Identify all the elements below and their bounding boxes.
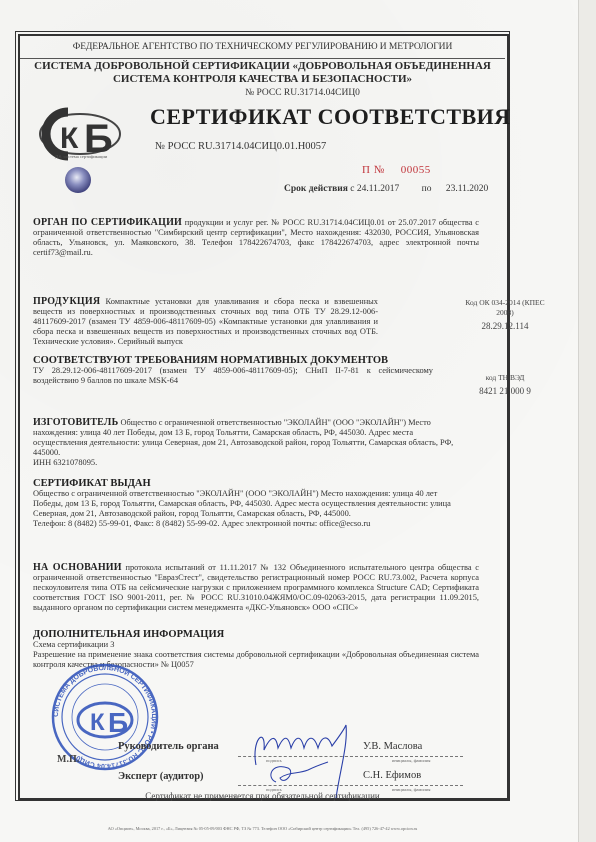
certificate-number: № РОСС RU.31714.04СИЦ0.01.Н0057 (155, 141, 326, 152)
okpd-code: 28.29.12.114 (465, 321, 545, 331)
expert-label: Эксперт (аудитор) (118, 771, 204, 782)
globe-emblem-icon (65, 167, 91, 193)
basis-section: НА ОСНОВАНИИ протокола испытаний от 11.1… (33, 563, 479, 613)
valid-from: с 24.11.2017 (350, 184, 399, 194)
blank-number: П №00055 (362, 164, 431, 176)
certification-scheme: Схема сертификации 3 (33, 640, 479, 650)
product-section: ПРОДУКЦИЯ Компактные установки для улавл… (33, 297, 378, 347)
norms-text: ТУ 28.29.12-006-48117609-2017 (взамен ТУ… (33, 366, 433, 385)
validity-period: Срок действия с 24.11.2017 по 23.11.2020 (284, 184, 488, 194)
system-title: СИСТЕМА ДОБРОВОЛЬНОЙ СЕРТИФИКАЦИИ «ДОБРО… (20, 60, 505, 86)
issued-section: СЕРТИФИКАТ ВЫДАН Общество с ограниченной… (33, 479, 463, 529)
system-title-line2: СИСТЕМА КОНТРОЛЯ КАЧЕСТВА И БЕЗОПАСНОСТИ… (20, 73, 505, 86)
agency-header: ФЕДЕРАЛЬНОЕ АГЕНТСТВО ПО ТЕХНИЧЕСКОМУ РЕ… (20, 36, 505, 59)
stamp-mark: М.П. (57, 754, 79, 765)
tnved-code-block: код ТН ВЭД 8421 21 000 9 (465, 373, 545, 396)
system-number: № РОСС RU.31714.04СИЦ0 (20, 88, 505, 98)
head-name-caption: инициалы, фамилия (392, 758, 431, 763)
basis-heading: НА ОСНОВАНИИ (33, 562, 122, 573)
svg-text:К: К (60, 122, 79, 155)
scan-edge (578, 0, 596, 842)
head-label: Руководитель органа (118, 741, 219, 752)
handwritten-signature-icon (236, 720, 376, 800)
validity-label: Срок действия (284, 184, 348, 194)
manufacturer-section: ИЗГОТОВИТЕЛЬ Общество с ограниченной отв… (33, 418, 463, 468)
issued-contacts: Телефон: 8 (8482) 55-99-01, Факс: 8 (848… (33, 519, 463, 529)
extra-info-heading: ДОПОЛНИТЕЛЬНАЯ ИНФОРМАЦИЯ (33, 630, 479, 640)
organ-heading: ОРГАН ПО СЕРТИФИКАЦИИ (33, 217, 182, 228)
certificate-title: СЕРТИФИКАТ СООТВЕТСТВИЯ (150, 104, 511, 130)
logo-caption: Д.б. система сертификации (36, 154, 126, 159)
blank-label: П № (362, 164, 385, 176)
svg-text:Б: Б (108, 707, 128, 738)
norms-heading: СООТВЕТСТВУЮТ ТРЕБОВАНИЯМ НОРМАТИВНЫХ ДО… (33, 356, 433, 366)
printer-imprint: АО «Опцион», Москва, 2017 г., «Б», Лицен… (20, 826, 505, 831)
footer-note: Сертификат не применяется при обязательн… (20, 791, 505, 801)
tnved-code: 8421 21 000 9 (465, 386, 545, 396)
blank-value: 00055 (401, 164, 431, 176)
product-heading: ПРОДУКЦИЯ (33, 296, 100, 307)
svg-text:К: К (90, 709, 105, 736)
organ-section: ОРГАН ПО СЕРТИФИКАЦИИ продукции и услуг … (33, 218, 479, 258)
okpd-label: Код ОК 034-2014 (КПЕС 2008) (465, 298, 544, 317)
manufacturer-heading: ИЗГОТОВИТЕЛЬ (33, 417, 118, 428)
system-title-line1: СИСТЕМА ДОБРОВОЛЬНОЙ СЕРТИФИКАЦИИ «ДОБРО… (20, 60, 505, 73)
tnved-label: код ТН ВЭД (486, 373, 525, 382)
valid-to: 23.11.2020 (446, 184, 488, 194)
manufacturer-inn: ИНН 6321078095. (33, 458, 463, 468)
valid-to-label: по (422, 184, 432, 194)
norms-section: СООТВЕТСТВУЮТ ТРЕБОВАНИЯМ НОРМАТИВНЫХ ДО… (33, 356, 433, 386)
okpd-code-block: Код ОК 034-2014 (КПЕС 2008) 28.29.12.114 (465, 298, 545, 331)
issued-text: Общество с ограниченной ответственностью… (33, 489, 451, 518)
issued-heading: СЕРТИФИКАТ ВЫДАН (33, 479, 463, 489)
